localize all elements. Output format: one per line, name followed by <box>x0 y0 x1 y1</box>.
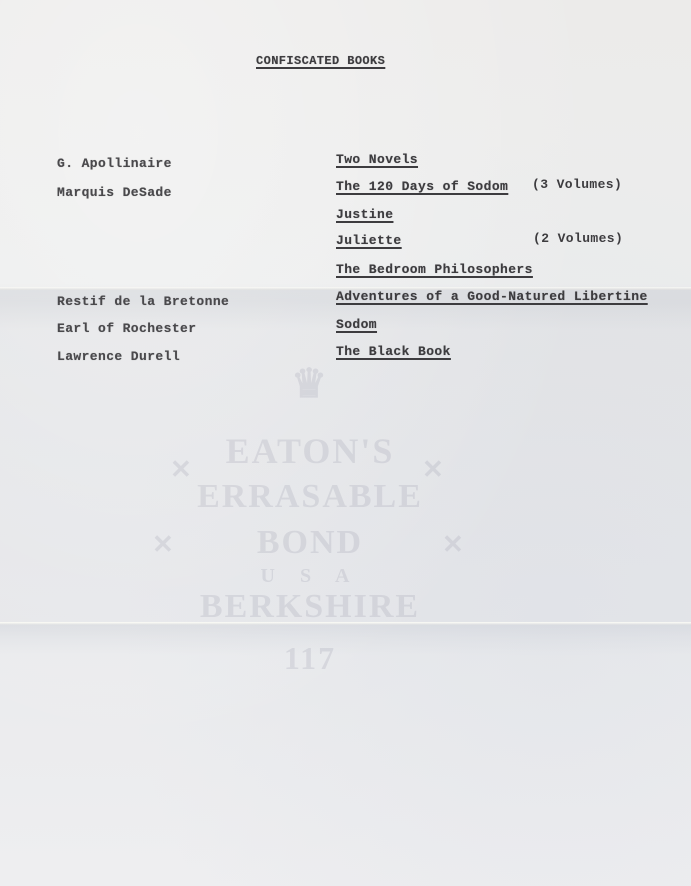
book-title: Sodom <box>336 317 377 332</box>
watermark-line: BOND <box>150 524 470 562</box>
book-title: The Bedroom Philosophers <box>336 262 533 277</box>
book-title: Juliette <box>336 233 402 248</box>
volume-note: (2 Volumes) <box>533 231 623 246</box>
author-name: Marquis DeSade <box>57 185 172 200</box>
star-icon: ✕ <box>442 530 464 560</box>
book-title: Adventures of a Good-Natured Libertine <box>336 289 648 304</box>
book-title: Two Novels <box>336 152 418 167</box>
book-title: The 120 Days of Sodom <box>336 179 508 194</box>
star-icon: ✕ <box>152 530 174 560</box>
book-title: The Black Book <box>336 344 451 359</box>
paper-watermark: ♛ EATON'S ERRASABLE BOND U S A BERKSHIRE… <box>150 360 470 690</box>
book-title: Justine <box>336 207 393 222</box>
author-name: Restif de la Bretonne <box>57 294 229 309</box>
crown-icon: ♛ <box>150 360 470 407</box>
volume-note: (3 Volumes) <box>532 177 622 192</box>
author-name: G. Apollinaire <box>57 156 172 171</box>
watermark-line: BERKSHIRE <box>150 588 470 626</box>
watermark-line: U S A <box>150 565 470 588</box>
star-icon: ✕ <box>422 455 444 485</box>
document-title: CONFISCATED BOOKS <box>256 54 385 68</box>
typed-document-page: ♛ EATON'S ERRASABLE BOND U S A BERKSHIRE… <box>0 0 691 886</box>
author-name: Lawrence Durell <box>57 349 180 364</box>
watermark-line: 117 <box>150 640 470 677</box>
author-name: Earl of Rochester <box>57 321 196 336</box>
star-icon: ✕ <box>170 455 192 485</box>
